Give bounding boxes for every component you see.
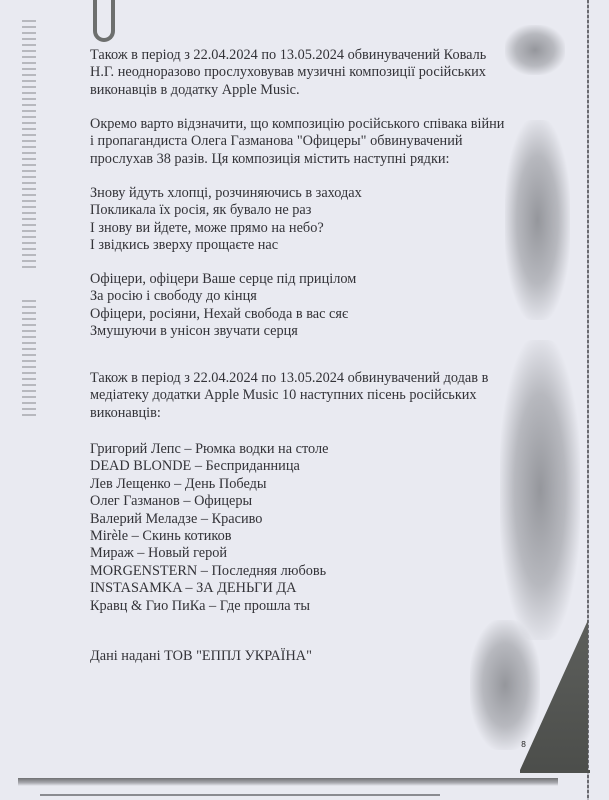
- list-item: Григорий Лепс – Рюмка водки на столе: [90, 441, 328, 458]
- lyric-line: Офіцери, росіяни, Нехай свобода в вас ся…: [90, 306, 356, 323]
- data-source-note: Дані надані ТОВ "ЕППЛ УКРАЇНА": [90, 648, 312, 665]
- lyric-line: Змушуючи в унісон звучати серця: [90, 323, 356, 340]
- scan-noise-left-lower: [22, 300, 36, 420]
- text-line: Н.Г. неодноразово прослуховував музичні …: [90, 64, 486, 81]
- list-item: Валерий Меладзе – Красиво: [90, 511, 328, 528]
- scan-noise-left: [22, 20, 36, 270]
- lyric-line: І знову ви йдете, може прямо на небо?: [90, 220, 362, 237]
- list-item: INSTASAMKA – ЗА ДЕНЬГИ ДА: [90, 580, 328, 597]
- text-line: і пропагандиста Олега Газманова "Офицеры…: [90, 133, 504, 150]
- folded-corner-edge: [520, 770, 590, 773]
- paperclip-icon: [93, 0, 115, 42]
- scan-smudge: [505, 120, 570, 320]
- lyric-line: І звідкись зверху прощаєте нас: [90, 237, 362, 254]
- list-item: Mirèle – Скинь котиков: [90, 528, 328, 545]
- scan-bottom-edge: [18, 778, 558, 786]
- text-line: медіатеку додатки Apple Music 10 наступн…: [90, 387, 488, 404]
- scan-smudge: [500, 340, 580, 640]
- lyrics-verse-1: Знову йдуть хлопці, розчиняючись в заход…: [90, 185, 362, 255]
- scan-smudge: [505, 25, 565, 75]
- list-item: Олег Газманов – Офицеры: [90, 493, 328, 510]
- list-item: DEAD BLONDE – Бесприданница: [90, 458, 328, 475]
- scanned-document-page: 8 Також в період з 22.04.2024 по 13.05.2…: [0, 0, 609, 800]
- text-line: Окремо варто відзначити, що композицію р…: [90, 116, 504, 133]
- lyric-line: Покликала їх росія, як бувало не раз: [90, 202, 362, 219]
- text-line: Також в період з 22.04.2024 по 13.05.202…: [90, 370, 488, 387]
- scan-smudge: [470, 620, 540, 750]
- lyric-line: За росію і свободу до кінця: [90, 288, 356, 305]
- text-line: прослухав 38 разів. Ця композиція містит…: [90, 151, 504, 168]
- list-item: Мираж – Новый герой: [90, 545, 328, 562]
- lyrics-verse-2: Офіцери, офіцери Ваше серце під прицілом…: [90, 271, 356, 341]
- paragraph-added-songs: Також в період з 22.04.2024 по 13.05.202…: [90, 370, 488, 422]
- list-item: MORGENSTERN – Последняя любовь: [90, 563, 328, 580]
- list-item: Кравц & Гио ПиКа – Где прошла ты: [90, 598, 328, 615]
- lyric-line: Офіцери, офіцери Ваше серце під прицілом: [90, 271, 356, 288]
- lyric-line: Знову йдуть хлопці, розчиняючись в заход…: [90, 185, 362, 202]
- text-line: Також в період з 22.04.2024 по 13.05.202…: [90, 47, 486, 64]
- text-line: виконавців:: [90, 405, 488, 422]
- page-number: 8: [521, 740, 526, 749]
- list-item: Лев Лещенко – День Победы: [90, 476, 328, 493]
- scan-bottom-line: [40, 794, 440, 796]
- paragraph-officers-song: Окремо варто відзначити, що композицію р…: [90, 116, 504, 168]
- paragraph-listening-period: Також в період з 22.04.2024 по 13.05.202…: [90, 47, 486, 99]
- text-line: виконавців в додатку Apple Music.: [90, 82, 486, 99]
- song-list: Григорий Лепс – Рюмка водки на столе DEA…: [90, 441, 328, 615]
